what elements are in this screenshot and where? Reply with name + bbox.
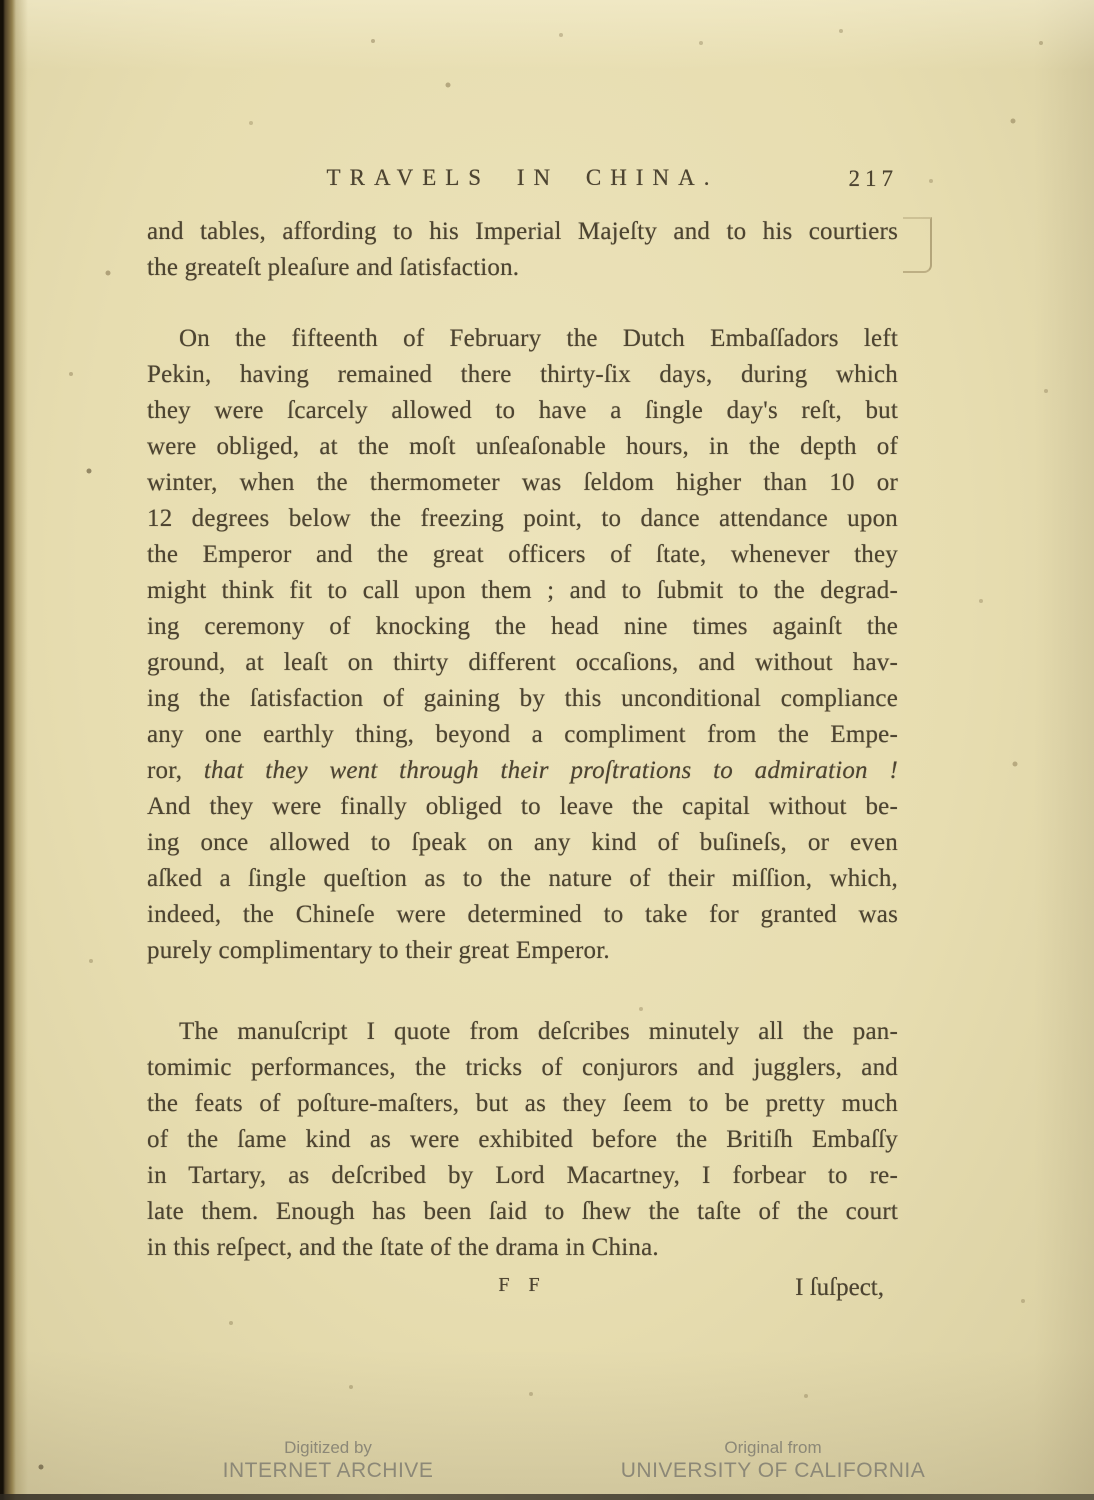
text-line: might think fit to call upon them ; and … [147,573,898,609]
original-from-org: UNIVERSITY OF CALIFORNIA [563,1459,983,1482]
text-line: the Emperor and the great officers of ſt… [147,537,898,573]
text-line: the feats of poſture-maſters, but as the… [147,1086,898,1122]
signature-mark: F F [498,1274,546,1297]
text-line: aſked a ſingle queſtion as to the nature… [147,861,898,897]
page-number: 217 [849,166,899,192]
paragraph-2: On the fifteenth of February the Dutch E… [147,321,898,969]
text-line: ground, at leaſt on thirty different occ… [147,645,898,681]
text-line: ing once allowed to ſpeak on any kind of… [147,825,898,861]
text-line: indeed, the Chineſe were determined to t… [147,897,898,933]
paragraph-1: and tables, affording to his Imperial Ma… [147,214,898,286]
text-line: they were ſcarcely allowed to have a ſin… [147,393,898,429]
text-line: The manuſcript I quote from deſcribes mi… [147,1014,898,1050]
paper-specks [0,0,2,2]
text-line: tomimic performances, the tricks of conj… [147,1050,898,1086]
text-line: were obliged, at the moſt unſeaſonable h… [147,429,898,465]
text-line: any one earthly thing, beyond a complime… [147,717,898,753]
scanned-book-page: TRAVELS IN CHINA. 217 and tables, afford… [0,0,1094,1500]
catchword: I ſuſpect, [795,1274,884,1302]
text-line: winter, when the thermometer was ſeldom … [147,465,898,501]
text-line: in this reſpect, and the ſtate of the dr… [147,1230,898,1266]
running-head-title: TRAVELS IN CHINA. [327,165,719,191]
running-head: TRAVELS IN CHINA. 217 [147,165,898,201]
original-from-label: Original from [563,1436,983,1459]
text-line: in Tartary, as deſcribed by Lord Macartn… [147,1158,898,1194]
text-line: And they were finally obliged to leave t… [147,789,898,825]
digitized-by-label: Digitized by [118,1436,538,1459]
text-line: late them. Enough has been ſaid to ſhew … [147,1194,898,1230]
text-line: the greateſt pleaſure and ſatisfaction. [147,250,898,286]
text-line: Pekin, having remained there thirty-ſix … [147,357,898,393]
scan-bottom-edge [0,1494,1094,1500]
paragraph-3: The manuſcript I quote from deſcribes mi… [147,1014,898,1266]
crease-artifact [903,217,932,273]
text-line: 12 degrees below the freezing point, to … [147,501,898,537]
text-line: ing the ſatisfaction of gaining by this … [147,681,898,717]
text-line: ing ceremony of knocking the head nine t… [147,609,898,645]
text-line: On the fifteenth of February the Dutch E… [147,321,898,357]
text-line: and tables, affording to his Imperial Ma… [147,214,898,250]
text-block: and tables, affording to his Imperial Ma… [147,214,898,1266]
original-from-block: Original from UNIVERSITY OF CALIFORNIA [563,1436,983,1482]
signature-line: F F I ſuſpect, [147,1274,898,1310]
text-line: purely complimentary to their great Empe… [147,933,898,969]
binding-edge [0,0,30,1500]
text-line: ror, that they went through their proſtr… [147,753,898,789]
text-line: of the ſame kind as were exhibited befor… [147,1122,898,1158]
digitized-by-org: INTERNET ARCHIVE [118,1459,538,1482]
digitized-by-block: Digitized by INTERNET ARCHIVE [118,1436,538,1482]
